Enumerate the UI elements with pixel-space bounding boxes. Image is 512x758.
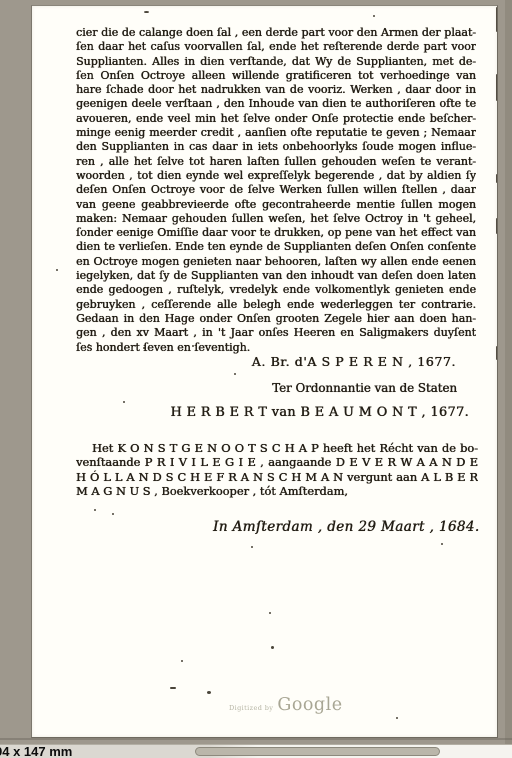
ink-speck bbox=[441, 543, 443, 545]
body-line: van geene geabbrevieerde ofte gecontrahe… bbox=[76, 198, 476, 212]
scan-frame-line bbox=[496, 346, 498, 360]
body-line: Gedaan in den Hage onder Onſen grooten Z… bbox=[76, 312, 476, 326]
scanned-page[interactable]: cier die de calange doen ſal , een derde… bbox=[31, 5, 498, 738]
body-line: Supplianten. Alles in dien verſtande, da… bbox=[76, 55, 476, 69]
google-logo: Google bbox=[277, 695, 342, 715]
body-line: minge eenig meerder credit , aanſien oft… bbox=[76, 126, 476, 140]
body-line: en Octroye mogen genieten naar behooren,… bbox=[76, 255, 476, 269]
ink-speck bbox=[170, 687, 176, 689]
body-line: gebruyken , ceſſerende alle belegh ende … bbox=[76, 298, 476, 312]
ink-speck bbox=[56, 269, 58, 271]
ink-speck bbox=[373, 15, 375, 17]
body-line: dien te verlieſen. Ende ten eynde de Sup… bbox=[76, 240, 476, 254]
body-line: gen , den xv Maart , in 't Jaar onſes He… bbox=[76, 326, 476, 340]
book-viewer: { "status_bar": { "dimensions_label": "9… bbox=[0, 0, 512, 758]
ink-speck bbox=[269, 612, 271, 614]
body-line: deſen Onſen Octroye voor de ſelve Werken… bbox=[76, 183, 476, 197]
page-shadow bbox=[0, 738, 512, 740]
body-line: hare ſchade door het nadrukken van de vo… bbox=[76, 83, 476, 97]
signature-ordonnantie: Ter Ordonnantie van de Staten bbox=[272, 381, 457, 395]
ink-speck bbox=[143, 347, 145, 349]
body-line: woorden , tot dien eynde wel expreſſelyk… bbox=[76, 169, 476, 183]
colophon-line: venſtaande P R I V I L E G I E , aangaan… bbox=[76, 455, 478, 469]
ink-speck bbox=[234, 373, 236, 375]
horizontal-scrollbar-thumb[interactable] bbox=[195, 747, 440, 756]
page-dimensions-label: 94 x 147 mm bbox=[0, 745, 72, 758]
ink-speck bbox=[123, 401, 125, 403]
body-line: maken: Nemaar gehouden ſullen weſen, het… bbox=[76, 212, 476, 226]
body-line: ſen Onſen Octroye alleen willende gratif… bbox=[76, 69, 476, 83]
body-line: cier die de calange doen ſal , een derde… bbox=[76, 26, 476, 40]
body-line: iegelyken, dat ſy de Supplianten van den… bbox=[76, 269, 476, 283]
viewer-background-edge bbox=[505, 0, 512, 744]
body-line: ren , alle het ſelve tot haren laſten ſu… bbox=[76, 155, 476, 169]
colophon-line: M A G N U S , Boekverkooper , tót Amſter… bbox=[76, 484, 478, 498]
body-line: ſonder eenige Omiſſie daar voor te drukk… bbox=[76, 226, 476, 240]
colophon-line: Het K O N S T G E N O O T S C H A P heef… bbox=[76, 441, 478, 455]
ink-speck bbox=[181, 660, 183, 662]
scan-frame-line bbox=[496, 74, 498, 101]
colophon-paragraph: Het K O N S T G E N O O T S C H A P heef… bbox=[76, 441, 478, 499]
watermark-prefix-label: Digitized by bbox=[229, 704, 273, 712]
body-line: ſen daar het caſus voorvallen ſal, ende … bbox=[76, 40, 476, 54]
ink-speck bbox=[112, 513, 114, 515]
ink-speck bbox=[94, 509, 96, 511]
viewer-status-bar: 94 x 147 mm bbox=[0, 744, 512, 758]
ink-speck bbox=[88, 344, 90, 346]
date-line: In Amſterdam , den 29 Maart , 1684. bbox=[213, 519, 480, 535]
scan-frame-line bbox=[496, 174, 498, 183]
body-line: den Supplianten in cas daar in iets onbe… bbox=[76, 140, 476, 154]
colophon-line: H Ó L L A N D S C H E F R A N S C H M A … bbox=[76, 470, 478, 484]
signature-beaumont: H E R B E R T van B E A U M O N T , 1677… bbox=[170, 405, 469, 420]
body-line: ſes hondert ſeven en ſeventigh. bbox=[76, 341, 476, 355]
privilege-body-paragraph: cier die de calange doen ſal , een derde… bbox=[76, 26, 476, 355]
google-watermark: Digitized by Google bbox=[229, 695, 343, 715]
ink-speck bbox=[144, 11, 149, 13]
scan-frame-line bbox=[496, 218, 498, 234]
ink-speck bbox=[271, 646, 274, 649]
ink-speck bbox=[396, 717, 398, 719]
signature-asperen: A. Br. d'A S P E R E N , 1677. bbox=[252, 354, 456, 369]
body-line: avoueren, ende veel min het ſelve onder … bbox=[76, 112, 476, 126]
scan-frame-line bbox=[496, 7, 498, 32]
body-line: geenigen deele verſtaan , den Inhoude va… bbox=[76, 97, 476, 111]
ink-speck bbox=[251, 546, 253, 548]
ink-speck bbox=[192, 345, 194, 347]
ink-speck bbox=[207, 691, 211, 694]
body-line: ende gedoogen , ruſtelyk, vredelyk ende … bbox=[76, 283, 476, 297]
